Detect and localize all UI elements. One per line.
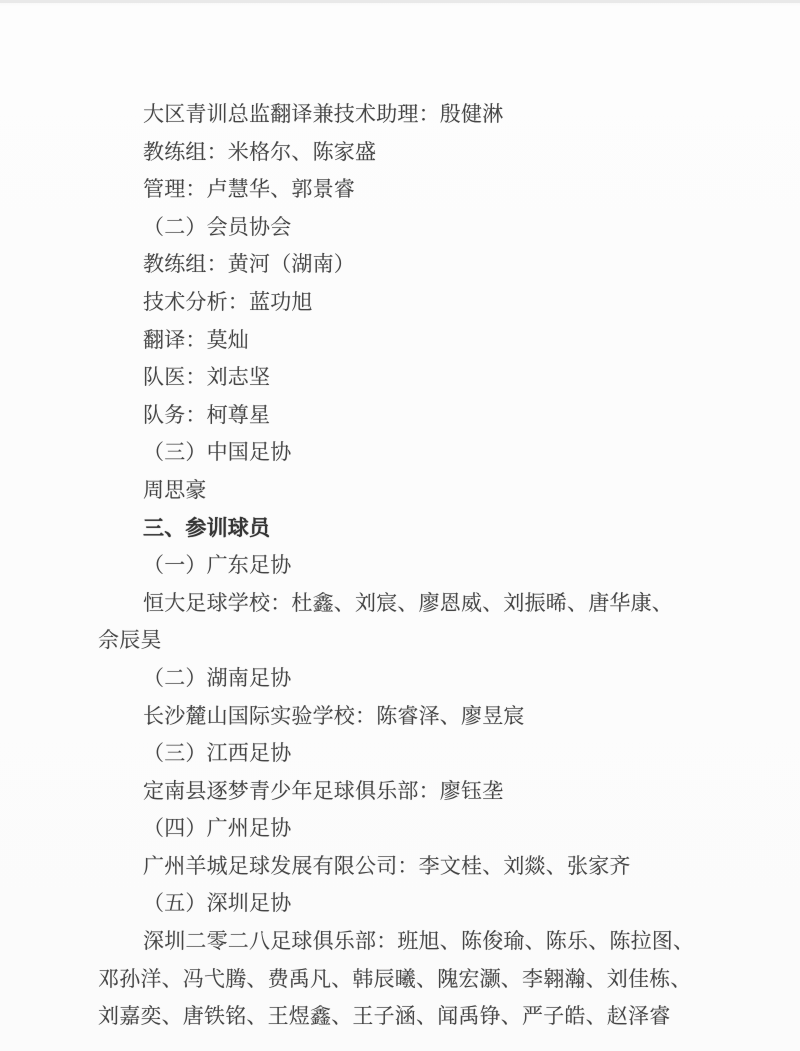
text-line: 大区青训总监翻译兼技术助理：殷健淋 xyxy=(98,96,718,134)
document-text-block: 大区青训总监翻译兼技术助理：殷健淋教练组：米格尔、陈家盛管理：卢慧华、郭景睿（二… xyxy=(98,96,718,1036)
section-heading-line: 三、参训球员 xyxy=(98,510,718,548)
text-line: （三）江西足协 xyxy=(98,735,718,773)
text-line: 队医：刘志坚 xyxy=(98,359,718,397)
page-top-edge xyxy=(0,0,800,3)
text-line: （一）广东足协 xyxy=(98,547,718,585)
text-line: 长沙麓山国际实验学校：陈睿泽、廖昱宸 xyxy=(98,698,718,736)
text-line: 恒大足球学校：杜鑫、刘宸、廖恩威、刘振晞、唐华康、 xyxy=(98,585,718,623)
text-line: 教练组：米格尔、陈家盛 xyxy=(98,134,718,172)
text-line: 广州羊城足球发展有限公司：李文桂、刘燚、张家齐 xyxy=(98,848,718,886)
text-line: 队务：柯尊星 xyxy=(98,397,718,435)
text-line: （二）会员协会 xyxy=(98,209,718,247)
text-line: 教练组：黄河（湖南） xyxy=(98,246,718,284)
text-line: 周思豪 xyxy=(98,472,718,510)
text-line: 技术分析：蓝功旭 xyxy=(98,284,718,322)
text-line: 佘辰昊 xyxy=(98,622,718,660)
text-line: 深圳二零二八足球俱乐部：班旭、陈俊瑜、陈乐、陈拉图、 xyxy=(98,923,718,961)
text-line: 刘嘉奕、唐铁铭、王煜鑫、王子涵、闻禹铮、严子皓、赵泽睿 xyxy=(98,998,718,1036)
text-line: 定南县逐梦青少年足球俱乐部：廖钰垄 xyxy=(98,773,718,811)
text-line: （三）中国足协 xyxy=(98,434,718,472)
text-line: （四）广州足协 xyxy=(98,810,718,848)
document-page: 大区青训总监翻译兼技术助理：殷健淋教练组：米格尔、陈家盛管理：卢慧华、郭景睿（二… xyxy=(0,0,800,1051)
text-line: （二）湖南足协 xyxy=(98,660,718,698)
text-line: 邓孙洋、冯弋腾、费禹凡、韩辰曦、隗宏灏、李翱瀚、刘佳栋、 xyxy=(98,961,718,999)
text-line: 翻译：莫灿 xyxy=(98,322,718,360)
text-line: （五）深圳足协 xyxy=(98,885,718,923)
text-line: 管理：卢慧华、郭景睿 xyxy=(98,171,718,209)
